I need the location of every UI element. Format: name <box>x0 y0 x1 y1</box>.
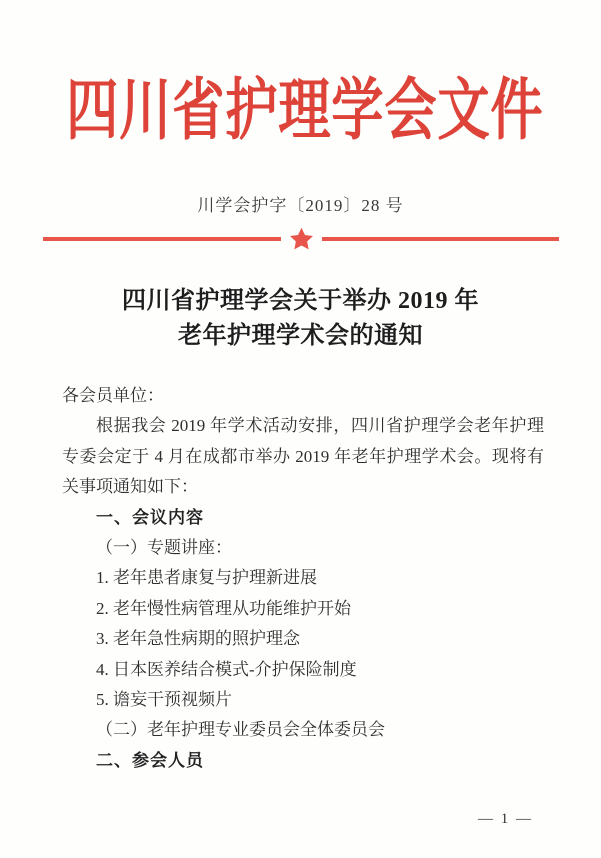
lecture-item-1: 1. 老年患者康复与护理新进展 <box>62 563 544 593</box>
notice-title: 四川省护理学会关于举办 2019 年 老年护理学术会的通知 <box>0 284 601 354</box>
divider-line-right <box>322 237 560 241</box>
notice-title-line-1: 四川省护理学会关于举办 2019 年 <box>0 284 601 319</box>
letterhead-title: 四川省护理学会文件 <box>66 76 535 147</box>
lecture-item-4: 4. 日本医养结合模式-介护保险制度 <box>62 655 544 685</box>
document-number: 川学会护字〔2019〕28 号 <box>0 191 601 216</box>
lecture-item-3: 3. 老年急性病期的照护理念 <box>62 624 544 654</box>
lecture-item-2: 2. 老年慢性病管理从功能维护开始 <box>62 594 544 624</box>
star-icon <box>288 226 315 252</box>
document-page: 四川省护理学会文件 川学会护字〔2019〕28 号 四川省护理学会关于举办 20… <box>0 0 601 858</box>
intro-line-1: 根据我会 2019 年学术活动安排，四川省护理学会老年护理 <box>62 411 544 441</box>
divider-line-left <box>43 237 281 241</box>
section-1-sub-2: （二）老年护理专业委员会全体委员会 <box>62 715 544 745</box>
section-1-heading: 一、会议内容 <box>62 503 544 533</box>
section-2-heading: 二、参会人员 <box>62 746 544 776</box>
header-divider <box>43 226 559 252</box>
notice-title-line-2: 老年护理学术会的通知 <box>0 319 601 354</box>
page-number: — 1 — <box>478 811 533 828</box>
document-body: 各会员单位： 根据我会 2019 年学术活动安排，四川省护理学会老年护理 专委会… <box>62 381 544 776</box>
intro-line-2: 专委会定于 4 月在成都市举办 2019 年老年护理学术会。现将有 <box>62 442 544 472</box>
lecture-item-5: 5. 谵妄干预视频片 <box>62 685 544 715</box>
section-1-sub-1: （一）专题讲座： <box>62 533 544 563</box>
salutation: 各会员单位： <box>62 381 544 411</box>
intro-line-3: 关事项通知如下： <box>62 472 544 502</box>
